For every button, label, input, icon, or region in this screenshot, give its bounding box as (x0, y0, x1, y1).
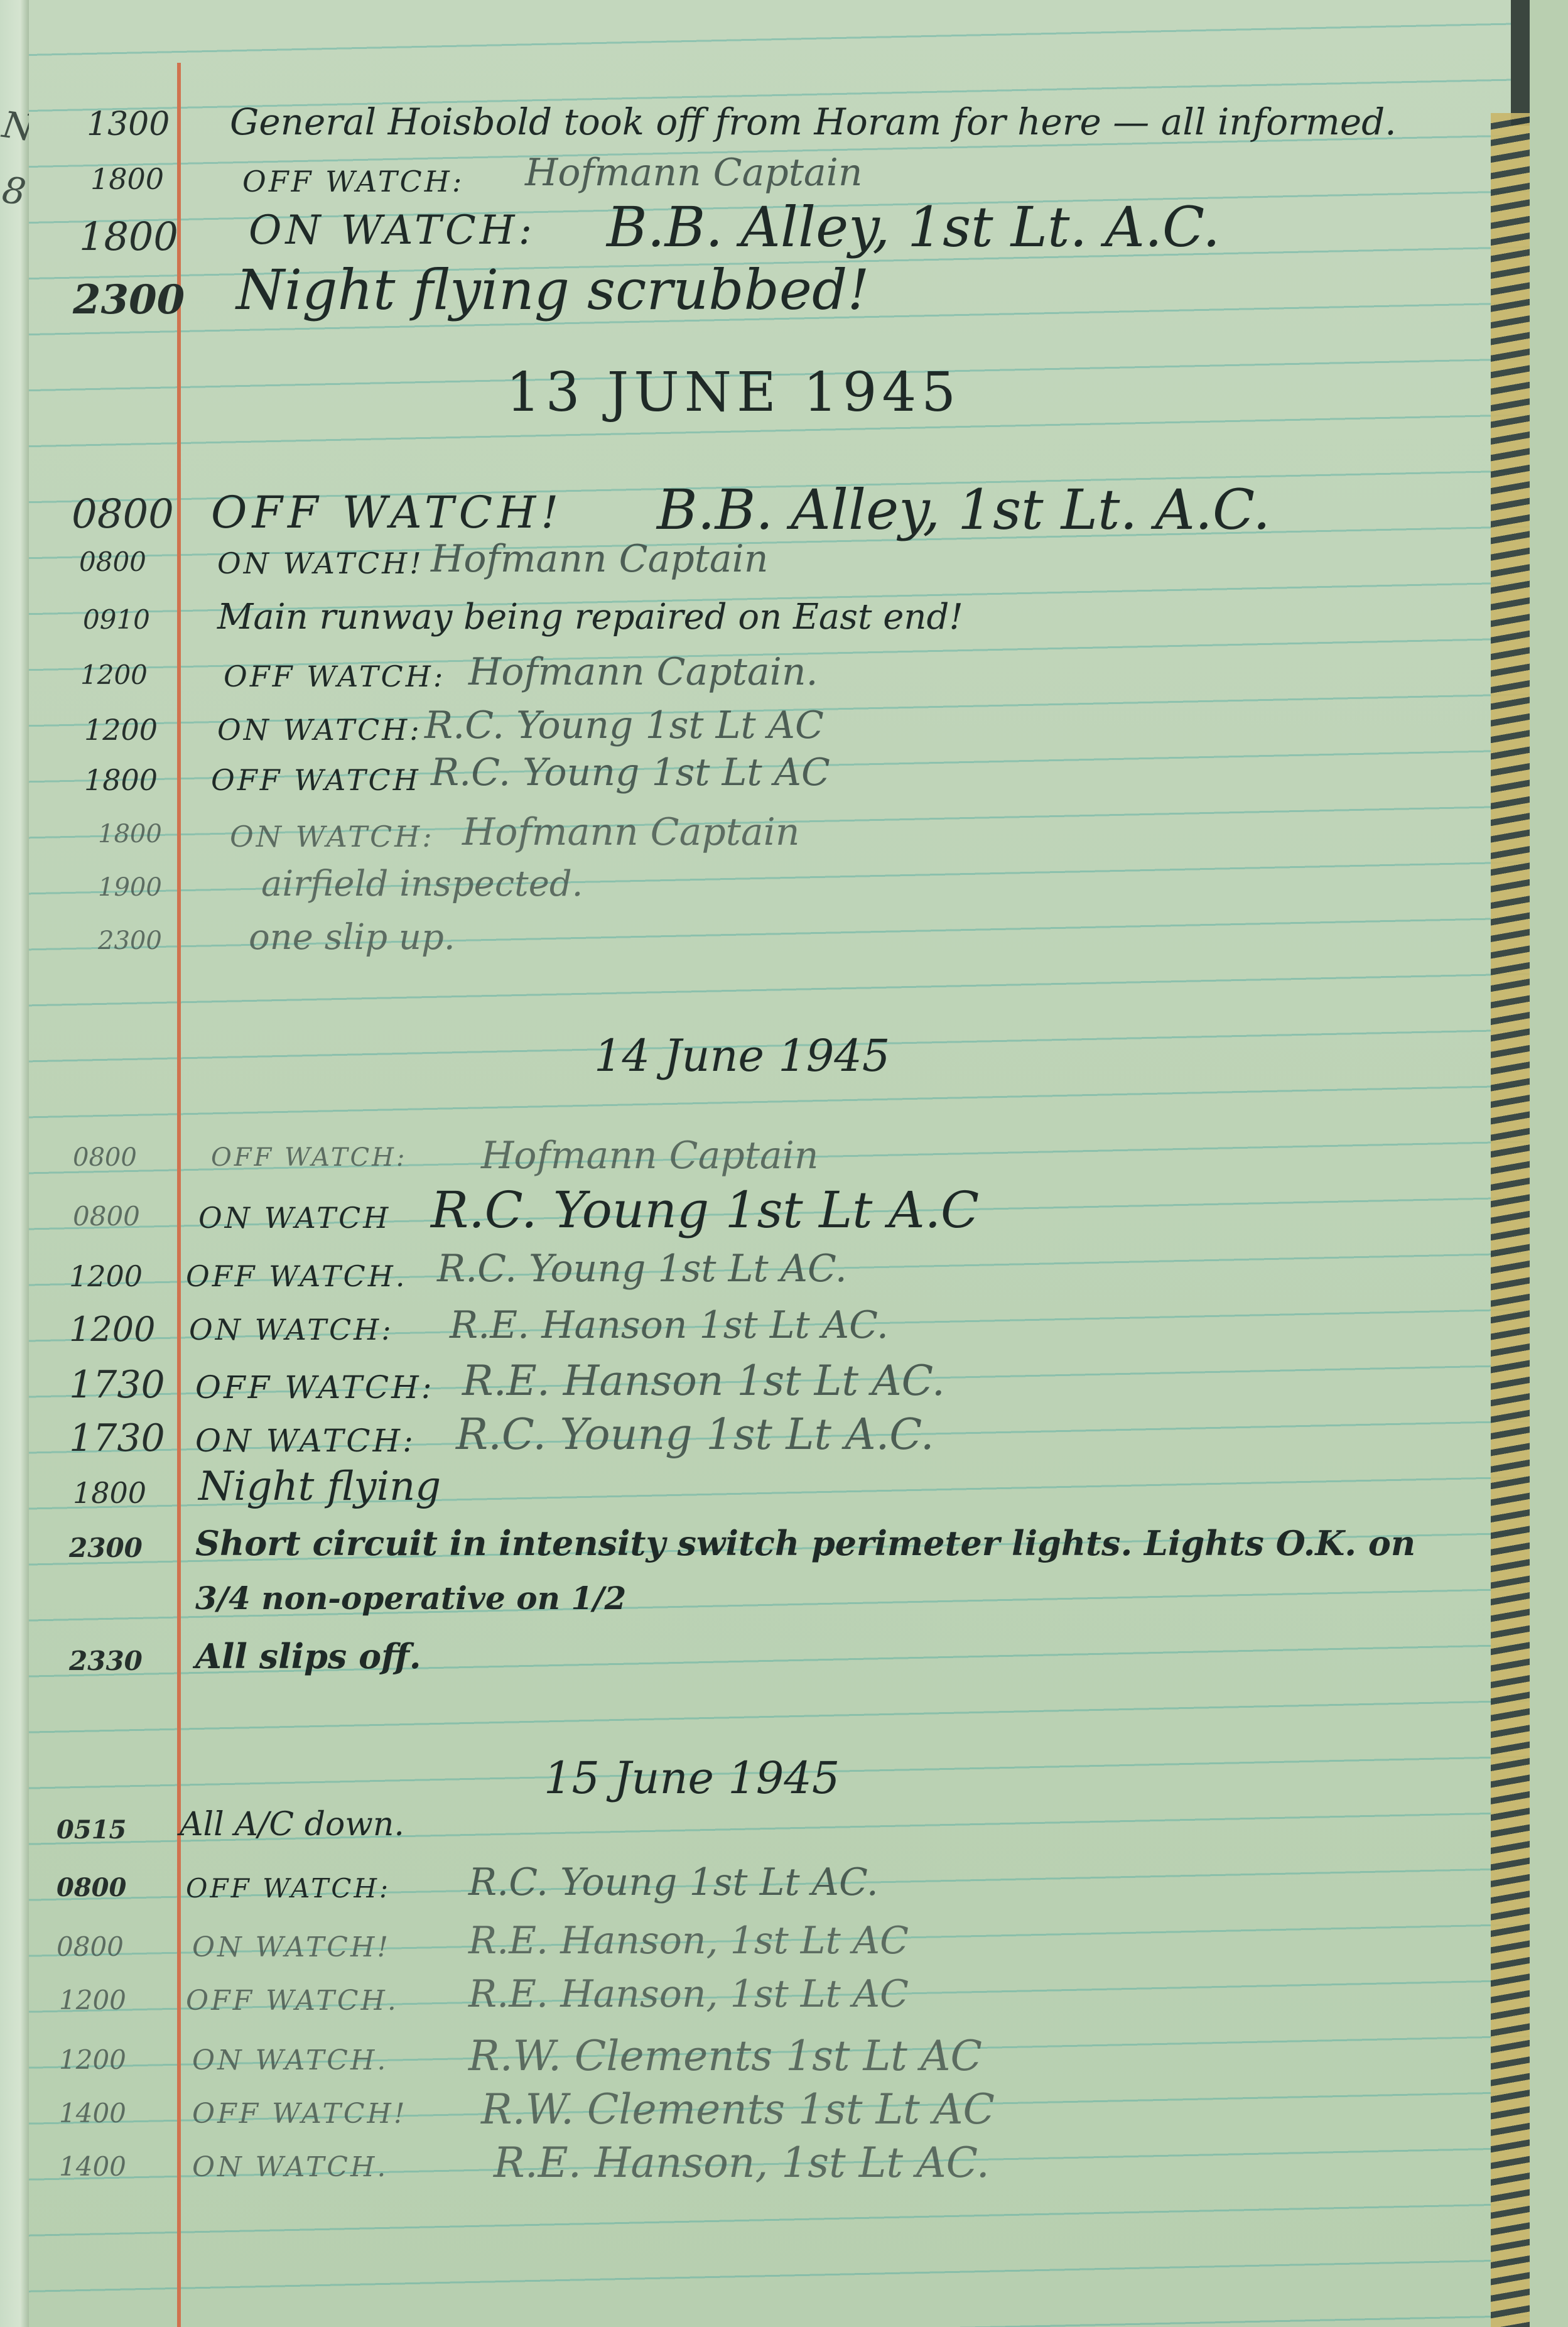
date-heading: 13 JUNE 1945 (506, 361, 961, 424)
entry-time: 1900 (98, 873, 162, 902)
entry-time: 0800 (72, 491, 174, 538)
entry-continuation: 3/4 non-operative on 1/2 (195, 1580, 626, 1617)
signature: R.C. Young 1st Lt AC. (468, 1860, 879, 1904)
binding-edge (1491, 113, 1530, 2327)
margin-line (177, 63, 181, 2327)
entry-time: 0800 (57, 1873, 126, 1902)
entry-label: ON WATCH. (192, 2151, 388, 2183)
entry-text: Night flying (198, 1463, 441, 1510)
signature: R.E. Hanson, 1st Lt AC (468, 1919, 909, 1963)
entry-time: 1400 (59, 2098, 126, 2129)
binding-edge (1511, 0, 1530, 126)
entry-time: 1730 (69, 1363, 165, 1407)
entry-time: 2330 (69, 1646, 143, 1676)
signature: R.E. Hanson 1st Lt AC. (450, 1303, 889, 1347)
entry-time: 1200 (84, 713, 158, 747)
signature: Hofmann Captain (525, 151, 862, 195)
signature: R.C. Young 1st Lt AC (424, 703, 824, 747)
entry-time: 1800 (73, 1476, 146, 1510)
date-heading: 15 June 1945 (544, 1752, 840, 1804)
entry-label: OFF WATCH: (224, 659, 445, 693)
entry-time: 2300 (69, 1532, 143, 1563)
entry-label: OFF WATCH! (211, 487, 563, 538)
entry-text: All slips off. (195, 1636, 421, 1676)
signature: R.C. Young 1st Lt A.C (431, 1181, 979, 1239)
entry-label: ON WATCH! (192, 1931, 391, 1963)
entry-text: Short circuit in intensity switch perime… (195, 1523, 1415, 1563)
signature: B.B. Alley, 1st Lt. A.C. (657, 477, 1270, 542)
entry-label: OFF WATCH: (186, 1873, 391, 1904)
entry-time: 1300 (87, 106, 170, 143)
previous-page-edge: NS 8 (0, 0, 30, 2327)
entry-time: 1200 (59, 1985, 126, 2015)
signature: R.E. Hanson, 1st Lt AC (468, 1972, 909, 2016)
entry-text: All A/C down. (180, 1806, 404, 1843)
entry-label: ON WATCH (198, 1201, 391, 1235)
entry-label: OFF WATCH: (242, 165, 464, 198)
entry-text: Night flying scrubbed! (236, 258, 870, 322)
entry-time: 1800 (79, 214, 178, 259)
entry-time: 1800 (98, 820, 162, 849)
entry-time: 0910 (83, 604, 150, 635)
entry-label: ON WATCH: (189, 1313, 394, 1347)
entry-time: 1800 (90, 162, 164, 196)
signature: R.E. Hanson 1st Lt AC. (462, 1357, 945, 1405)
logbook-page: 1300 General Hoisbold took off from Hora… (29, 0, 1530, 2327)
signature: Hofmann Captain (431, 537, 768, 581)
date-heading: 14 June 1945 (594, 1030, 890, 1082)
signature: R.C. Young 1st Lt AC (431, 751, 830, 795)
entry-label: OFF WATCH. (186, 1259, 407, 1293)
signature: R.E. Hanson, 1st Lt AC. (494, 2139, 990, 2187)
entry-time: 1200 (80, 659, 148, 690)
entry-label: ON WATCH: (217, 713, 422, 747)
entry-label: OFF WATCH! (192, 2098, 408, 2130)
signature: R.W. Clements 1st Lt AC (481, 2085, 995, 2134)
entry-time: 1200 (69, 1259, 143, 1293)
entry-label: ON WATCH: (195, 1423, 416, 1459)
entry-label: OFF WATCH. (186, 1985, 399, 2017)
signature: R.C. Young 1st Lt AC. (437, 1247, 847, 1291)
entry-time: 0800 (73, 1143, 137, 1172)
entry-time: 1200 (59, 2044, 126, 2075)
entry-time: 2300 (73, 276, 185, 323)
entry-text: airfield inspected. (261, 864, 583, 904)
entry-time: 0800 (57, 1931, 124, 1962)
signature: B.B. Alley, 1st Lt. A.C. (607, 195, 1220, 259)
entry-label: OFF WATCH: (211, 1143, 407, 1172)
entry-text: General Hoisbold took off from Horam for… (230, 100, 1397, 143)
entry-time: 0800 (79, 546, 146, 577)
entry-label: ON WATCH! (217, 546, 424, 580)
signature: Hofmann Captain (481, 1134, 818, 1178)
entry-time: 0800 (73, 1201, 140, 1232)
previous-page-text: 8 (0, 168, 28, 214)
entry-label: OFF WATCH (211, 763, 421, 797)
entry-time: 0515 (57, 1815, 126, 1845)
signature: Hofmann Captain (462, 810, 799, 854)
signature: R.W. Clements 1st Lt AC (468, 2032, 982, 2080)
entry-time: 1730 (69, 1416, 165, 1460)
entry-text: one slip up. (249, 917, 455, 958)
entry-time: 1800 (84, 763, 158, 797)
entry-label: OFF WATCH: (195, 1369, 435, 1406)
signature: R.C. Young 1st Lt A.C. (456, 1410, 934, 1460)
entry-label: ON WATCH: (230, 820, 435, 854)
entry-time: 1200 (69, 1310, 155, 1349)
entry-time: 2300 (98, 926, 162, 955)
entry-label: ON WATCH. (192, 2044, 388, 2076)
entry-text: Main runway being repaired on East end! (217, 597, 963, 637)
entry-time: 1400 (59, 2151, 126, 2182)
signature: Hofmann Captain. (468, 650, 818, 694)
entry-label: ON WATCH: (249, 207, 536, 254)
